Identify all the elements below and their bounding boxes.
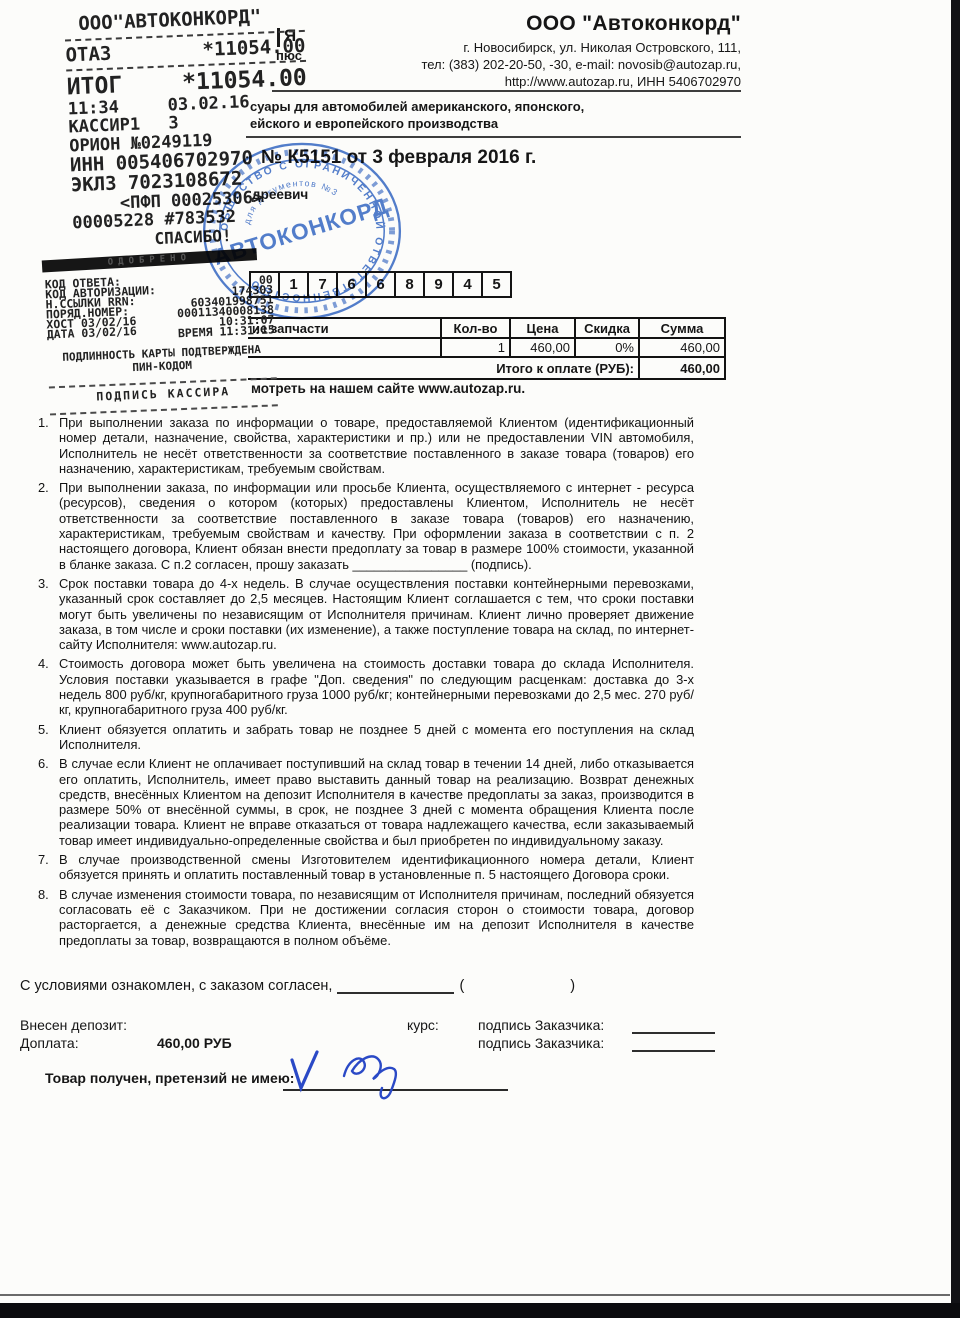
- customer-sign-line-1: [632, 1017, 715, 1034]
- digit-cell: 4: [452, 271, 483, 298]
- company-name: ООО "Автоконкорд": [421, 12, 741, 36]
- receipt-dept-amount: *11054.00: [202, 35, 306, 60]
- agreement-text: С условиями ознакомлен, с заказом соглас…: [20, 978, 332, 994]
- digit-cell: 5: [481, 271, 512, 298]
- term-item: 2.При выполнении заказа, по информации и…: [36, 480, 694, 572]
- time-value: ВРЕМЯ 11:31:15: [178, 324, 275, 338]
- scan-edge-line: [0, 1294, 950, 1296]
- received-label: Товар получен, претензий не имею:: [45, 1070, 294, 1086]
- agreement-line: С условиями ознакомлен, с заказом соглас…: [20, 977, 720, 994]
- paren-open: (: [459, 978, 464, 994]
- kurs-label: курс:: [407, 1017, 439, 1033]
- customer-sign-label-1: подпись Заказчика:: [478, 1017, 604, 1033]
- surcharge-label: Доплата:: [20, 1035, 79, 1051]
- receipt-cashier-number: 3: [168, 114, 179, 133]
- receipt-total-amount: *11054.00: [182, 66, 308, 96]
- cashier-signature-label: ПОДПИСЬ КАССИРА: [49, 384, 277, 404]
- term-item: 7.В случае производственной смены Изгото…: [36, 852, 694, 883]
- surcharge-value: 460,00 РУБ: [157, 1035, 232, 1051]
- col-sum-header: Сумма: [639, 318, 725, 338]
- company-website: http://www.autozap.ru, ИНН 5406702970: [421, 73, 741, 90]
- agreement-signature-line: [337, 977, 454, 994]
- receipt-date: 03.02.16: [167, 93, 250, 115]
- pin-confirmation: ПОДЛИННОСТЬ КАРТЫ ПОДТВЕРЖДЕНА ПИН-КОДОМ: [47, 342, 276, 377]
- scanned-order-document: ООО "Автоконкорд" г. Новосибирск, ул. Ни…: [0, 0, 960, 1318]
- col-discount-header: Скидка: [575, 318, 639, 338]
- customer-sign-line-2: [632, 1035, 715, 1052]
- handwritten-signature: [286, 1046, 436, 1104]
- col-qty-header: Кол-во: [441, 318, 510, 338]
- term-item: 6.В случае если Клиент не оплачивает пос…: [36, 756, 694, 848]
- digit-cell: 9: [423, 271, 454, 298]
- date-label: ДАТА 03/02/16: [47, 326, 137, 340]
- term-item: 8.В случае изменения стоимости товара, п…: [36, 887, 694, 948]
- company-stamp: ОБЩЕСТВО С ОГРАНИЧЕННОЙ ОТВЕТСТВЕННОСТЬЮ…: [199, 140, 405, 324]
- contract-terms-list: 1.При выполнении заказа по информации о …: [36, 415, 694, 952]
- term-item: 3.Срок поставки товара до 4-х недель. В …: [36, 576, 694, 652]
- item-discount: 0%: [575, 338, 639, 357]
- receipt-divider: [50, 404, 278, 415]
- term-item: 1.При выполнении заказа по информации о …: [36, 415, 694, 476]
- scan-edge-right: [951, 0, 960, 1318]
- term-item: 5.Клиент обязуется оплатить и забрать то…: [36, 722, 694, 753]
- rule-top: [272, 90, 741, 92]
- letterhead: ООО "Автоконкорд" г. Новосибирск, ул. Ни…: [421, 12, 741, 90]
- company-address: г. Новосибирск, ул. Николая Островского,…: [421, 39, 741, 56]
- item-sum: 460,00: [639, 338, 725, 357]
- total-value: 460,00: [639, 357, 725, 379]
- receipt-dept-label: ОТАЗ: [65, 43, 112, 65]
- item-price: 460,00: [510, 338, 575, 357]
- company-contacts: тел: (383) 202-20-50, -30, e-mail: novos…: [421, 56, 741, 73]
- scan-edge-bottom: [0, 1303, 960, 1318]
- paren-close: ): [570, 978, 575, 994]
- term-item: 4.Стоимость договора может быть увеличен…: [36, 656, 694, 717]
- deposit-label: Внесен депозит:: [20, 1017, 127, 1033]
- customer-sign-label-2: подпись Заказчика:: [478, 1035, 604, 1051]
- col-price-header: Цена: [510, 318, 575, 338]
- item-qty: 1: [441, 338, 510, 357]
- receipt-total-label: ИТОГ: [66, 73, 122, 100]
